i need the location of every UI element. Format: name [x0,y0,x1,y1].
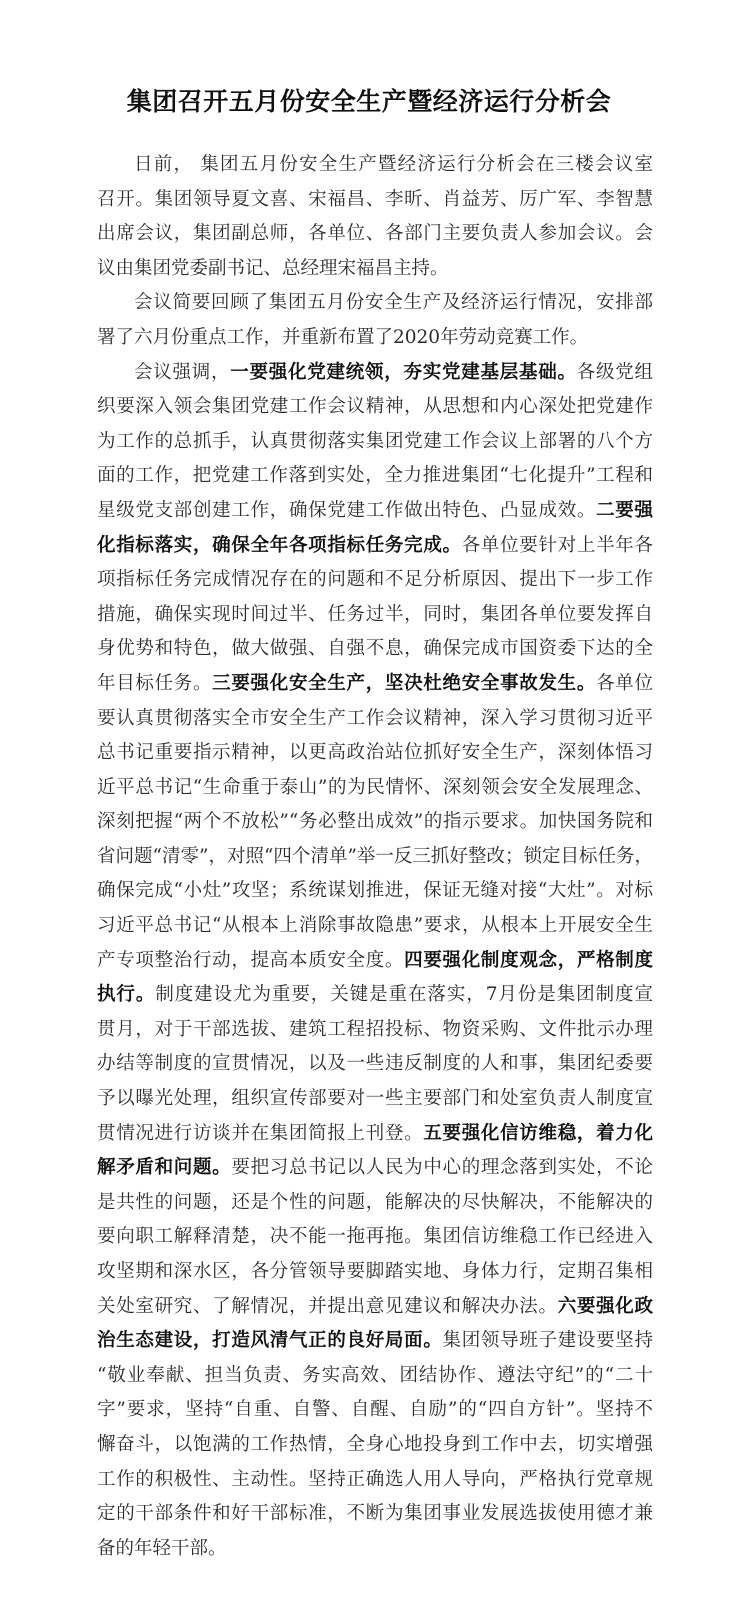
text-line: 工作的积极性、主动性。坚持正确选人用人导向，严格执行党章规 [97,1463,653,1498]
body-text: 制度建设尤为重要，关键是重在落实，7月份是集团制度宣 [155,984,653,1005]
body-text: 会议简要回顾了集团五月份安全生产及经济运行情况，安排部 [134,292,653,313]
text-line: 措施，确保实现时间过半、任务过半，同时，集团各单位要发挥自 [97,598,653,633]
body-text: 织要深入领会集团党建工作会议精神，从思想和内心深处把党建作 [97,396,653,417]
body-text: 项指标任务完成情况存在的问题和不足分析原因、提出下一步工作 [97,569,653,590]
bold-heading-text: 四要强化制度观念，严格制度 [404,950,653,971]
body-text: 面的工作，把党建工作落到实处，全力推进集团“七化提升”工程和 [97,465,653,486]
body-text: 日前， 集团五月份安全生产暨经济运行分析会在三楼会议室 [134,154,653,175]
body-text: 要把习总书记以人民为中心的理念落到实处，不论 [231,1157,653,1178]
body-text: 要认真贯彻落实全市安全生产工作会议精神，深入学习贯彻习近平 [97,708,653,729]
body-text: 关处室研究、了解情况，并提出意见建议和解决办法。 [97,1296,558,1317]
body-text: 星级党支部创建工作，确保党建工作做出特色、凸显成效。 [97,500,596,521]
text-line: 星级党支部创建工作，确保党建工作做出特色、凸显成效。二要强 [97,494,653,529]
article-body: 日前， 集团五月份安全生产暨经济运行分析会在三楼会议室召开。集团领导夏文喜、宋福… [97,148,653,1566]
body-text: 身优势和特色，做大做强、自强不息，确保完成市国资委下达的全 [97,638,653,659]
text-line: 贯情况进行访谈并在集团简报上刊登。五要强化信访维稳，着力化 [97,1117,653,1152]
body-text: 出席会议，集团副总师，各单位、各部门主要负责人参加会议。会 [97,223,653,244]
body-text: 懈奋斗，以饱满的工作热情，全身心地投身到工作中去，切实增强 [97,1434,653,1455]
text-line: 执行。制度建设尤为重要，关键是重在落实，7月份是集团制度宣 [97,978,653,1013]
text-line: 署了六月份重点工作，并重新布置了2020年劳动竞赛工作。 [97,321,653,356]
body-text: 办结等制度的宣贯情况，以及一些违反制度的人和事，集团纪委要 [97,1053,653,1074]
bold-heading-text: 六要强化政 [558,1296,653,1317]
text-line: 深刻把握“两个不放松”“务必整出成效”的指示要求。加快国务院和 [97,805,653,840]
body-text: 各单位要针对上半年各 [462,535,653,556]
bold-heading-text: 五要强化信访维稳，着力化 [423,1123,653,1144]
text-line: 治生态建设，打造风清气正的良好局面。集团领导班子建设要坚持 [97,1324,653,1359]
text-line: 定的干部条件和好干部标准，不断为集团事业发展选拔使用德才兼 [97,1497,653,1532]
bold-heading-text: 二要强 [596,500,653,521]
text-line: 确保完成“小灶”攻坚；系统谋划推进，保证无缝对接“大灶”。对标 [97,874,653,909]
bold-heading-text: 解矛盾和问题。 [97,1157,231,1178]
text-line: 办结等制度的宣贯情况，以及一些违反制度的人和事，集团纪委要 [97,1047,653,1082]
text-line: 关处室研究、了解情况，并提出意见建议和解决办法。六要强化政 [97,1290,653,1325]
text-line: 解矛盾和问题。要把习总书记以人民为中心的理念落到实处，不论 [97,1151,653,1186]
body-text: 予以曝光处理，组织宣传部要对一些主要部门和处室负责人制度宣 [97,1088,653,1109]
body-text: 会议强调， [134,362,230,383]
paragraph: 会议强调，一要强化党建统领，夯实党建基层基础。各级党组织要深入领会集团党建工作会… [97,356,653,1567]
text-line: 近平总书记“生命重于泰山”的为民情怀、深刻领会安全发展理念、 [97,771,653,806]
text-line: 要向职工解释清楚，决不能一拖再拖。集团信访维稳工作已经进入 [97,1220,653,1255]
body-text: 贯月，对于干部选拔、建筑工程招投标、物资采购、文件批示办理 [97,1019,653,1040]
body-text: 署了六月份重点工作，并重新布置了2020年劳动竞赛工作。 [97,327,588,348]
text-line: 要认真贯彻落实全市安全生产工作会议精神，深入学习贯彻习近平 [97,702,653,737]
body-text: 备的年轻干部。 [97,1538,227,1559]
bold-heading-text: 化指标落实，确保全年各项指标任务完成。 [97,535,462,556]
body-text: 定的干部条件和好干部标准，不断为集团事业发展选拔使用德才兼 [97,1503,653,1524]
text-line: 习近平总书记“从根本上消除事故隐患”要求，从根本上开展安全生 [97,909,653,944]
text-line: 贯月，对于干部选拔、建筑工程招投标、物资采购、文件批示办理 [97,1013,653,1048]
body-text: 习近平总书记“从根本上消除事故隐患”要求，从根本上开展安全生 [97,915,653,936]
body-text: 为工作的总抓手，认真贯彻落实集团党建工作会议上部署的八个方 [97,431,653,452]
text-line: 身优势和特色，做大做强、自强不息，确保完成市国资委下达的全 [97,632,653,667]
body-text: 产专项整治行动，提高本质安全度。 [97,950,404,971]
text-line: 省问题“清零”，对照“四个清单”举一反三抓好整改；锁定目标任务， [97,840,653,875]
body-text: 贯情况进行访谈并在集团简报上刊登。 [97,1123,423,1144]
body-text: 年目标任务。 [97,673,212,694]
text-line: 会议简要回顾了集团五月份安全生产及经济运行情况，安排部 [97,286,653,321]
bold-heading-text: 一要强化党建统领，夯实党建基层基础。 [230,362,576,383]
text-line: 为工作的总抓手，认真贯彻落实集团党建工作会议上部署的八个方 [97,425,653,460]
body-text: 各级党组 [577,362,653,383]
text-line: 懈奋斗，以饱满的工作热情，全身心地投身到工作中去，切实增强 [97,1428,653,1463]
text-line: 字”要求，坚持“自重、自警、自醒、自励”的“四自方针”。坚持不 [97,1393,653,1428]
body-text: 字”要求，坚持“自重、自警、自醒、自励”的“四自方针”。坚持不 [97,1399,653,1420]
text-line: 备的年轻干部。 [97,1532,653,1567]
text-line: 面的工作，把党建工作落到实处，全力推进集团“七化提升”工程和 [97,459,653,494]
paragraph: 日前， 集团五月份安全生产暨经济运行分析会在三楼会议室召开。集团领导夏文喜、宋福… [97,148,653,286]
text-line: 出席会议，集团副总师，各单位、各部门主要负责人参加会议。会 [97,217,653,252]
text-line: 织要深入领会集团党建工作会议精神，从思想和内心深处把党建作 [97,390,653,425]
text-line: 会议强调，一要强化党建统领，夯实党建基层基础。各级党组 [97,356,653,391]
body-text: 工作的积极性、主动性。坚持正确选人用人导向，严格执行党章规 [97,1469,653,1490]
text-line: 召开。集团领导夏文喜、宋福昌、李昕、肖益芳、厉广军、李智慧 [97,183,653,218]
text-line: 议由集团党委副书记、总经理宋福昌主持。 [97,252,653,287]
body-text: “敬业奉献、担当负责、务实高效、团结协作、遵法守纪”的“二十 [97,1365,653,1386]
text-line: 予以曝光处理，组织宣传部要对一些主要部门和处室负责人制度宣 [97,1082,653,1117]
text-line: 项指标任务完成情况存在的问题和不足分析原因、提出下一步工作 [97,563,653,598]
text-line: 总书记重要指示精神，以更高政治站位抓好安全生产，深刻体悟习 [97,736,653,771]
text-line: 产专项整治行动，提高本质安全度。四要强化制度观念，严格制度 [97,944,653,979]
body-text: 各单位 [596,673,653,694]
body-text: 集团领导班子建设要坚持 [443,1330,653,1351]
body-text: 措施，确保实现时间过半、任务过半，同时，集团各单位要发挥自 [97,604,653,625]
body-text: 是共性的问题，还是个性的问题，能解决的尽快解决，不能解决的 [97,1192,653,1213]
bold-heading-text: 执行。 [97,984,155,1005]
bold-heading-text: 治生态建设，打造风清气正的良好局面。 [97,1330,443,1351]
text-line: 攻坚期和深水区，各分管领导要脚踏实地、身体力行，定期召集相 [97,1255,653,1290]
article-title: 集团召开五月份安全生产暨经济运行分析会 [0,82,738,118]
body-text: 近平总书记“生命重于泰山”的为民情怀、深刻领会安全发展理念、 [97,777,653,798]
body-text: 要向职工解释清楚，决不能一拖再拖。集团信访维稳工作已经进入 [97,1226,653,1247]
body-text: 总书记重要指示精神，以更高政治站位抓好安全生产，深刻体悟习 [97,742,653,763]
body-text: 攻坚期和深水区，各分管领导要脚踏实地、身体力行，定期召集相 [97,1261,653,1282]
text-line: 是共性的问题，还是个性的问题，能解决的尽快解决，不能解决的 [97,1186,653,1221]
body-text: 确保完成“小灶”攻坚；系统谋划推进，保证无缝对接“大灶”。对标 [97,880,653,901]
body-text: 议由集团党委副书记、总经理宋福昌主持。 [97,258,449,279]
text-line: 年目标任务。三要强化安全生产，坚决杜绝安全事故发生。各单位 [97,667,653,702]
bold-heading-text: 三要强化安全生产，坚决杜绝安全事故发生。 [212,673,596,694]
paragraph: 会议简要回顾了集团五月份安全生产及经济运行情况，安排部署了六月份重点工作，并重新… [97,286,653,355]
body-text: 省问题“清零”，对照“四个清单”举一反三抓好整改；锁定目标任务， [97,846,653,867]
text-line: 日前， 集团五月份安全生产暨经济运行分析会在三楼会议室 [97,148,653,183]
body-text: 深刻把握“两个不放松”“务必整出成效”的指示要求。加快国务院和 [97,811,653,832]
body-text: 召开。集团领导夏文喜、宋福昌、李昕、肖益芳、厉广军、李智慧 [97,189,653,210]
text-line: “敬业奉献、担当负责、务实高效、团结协作、遵法守纪”的“二十 [97,1359,653,1394]
text-line: 化指标落实，确保全年各项指标任务完成。各单位要针对上半年各 [97,529,653,564]
